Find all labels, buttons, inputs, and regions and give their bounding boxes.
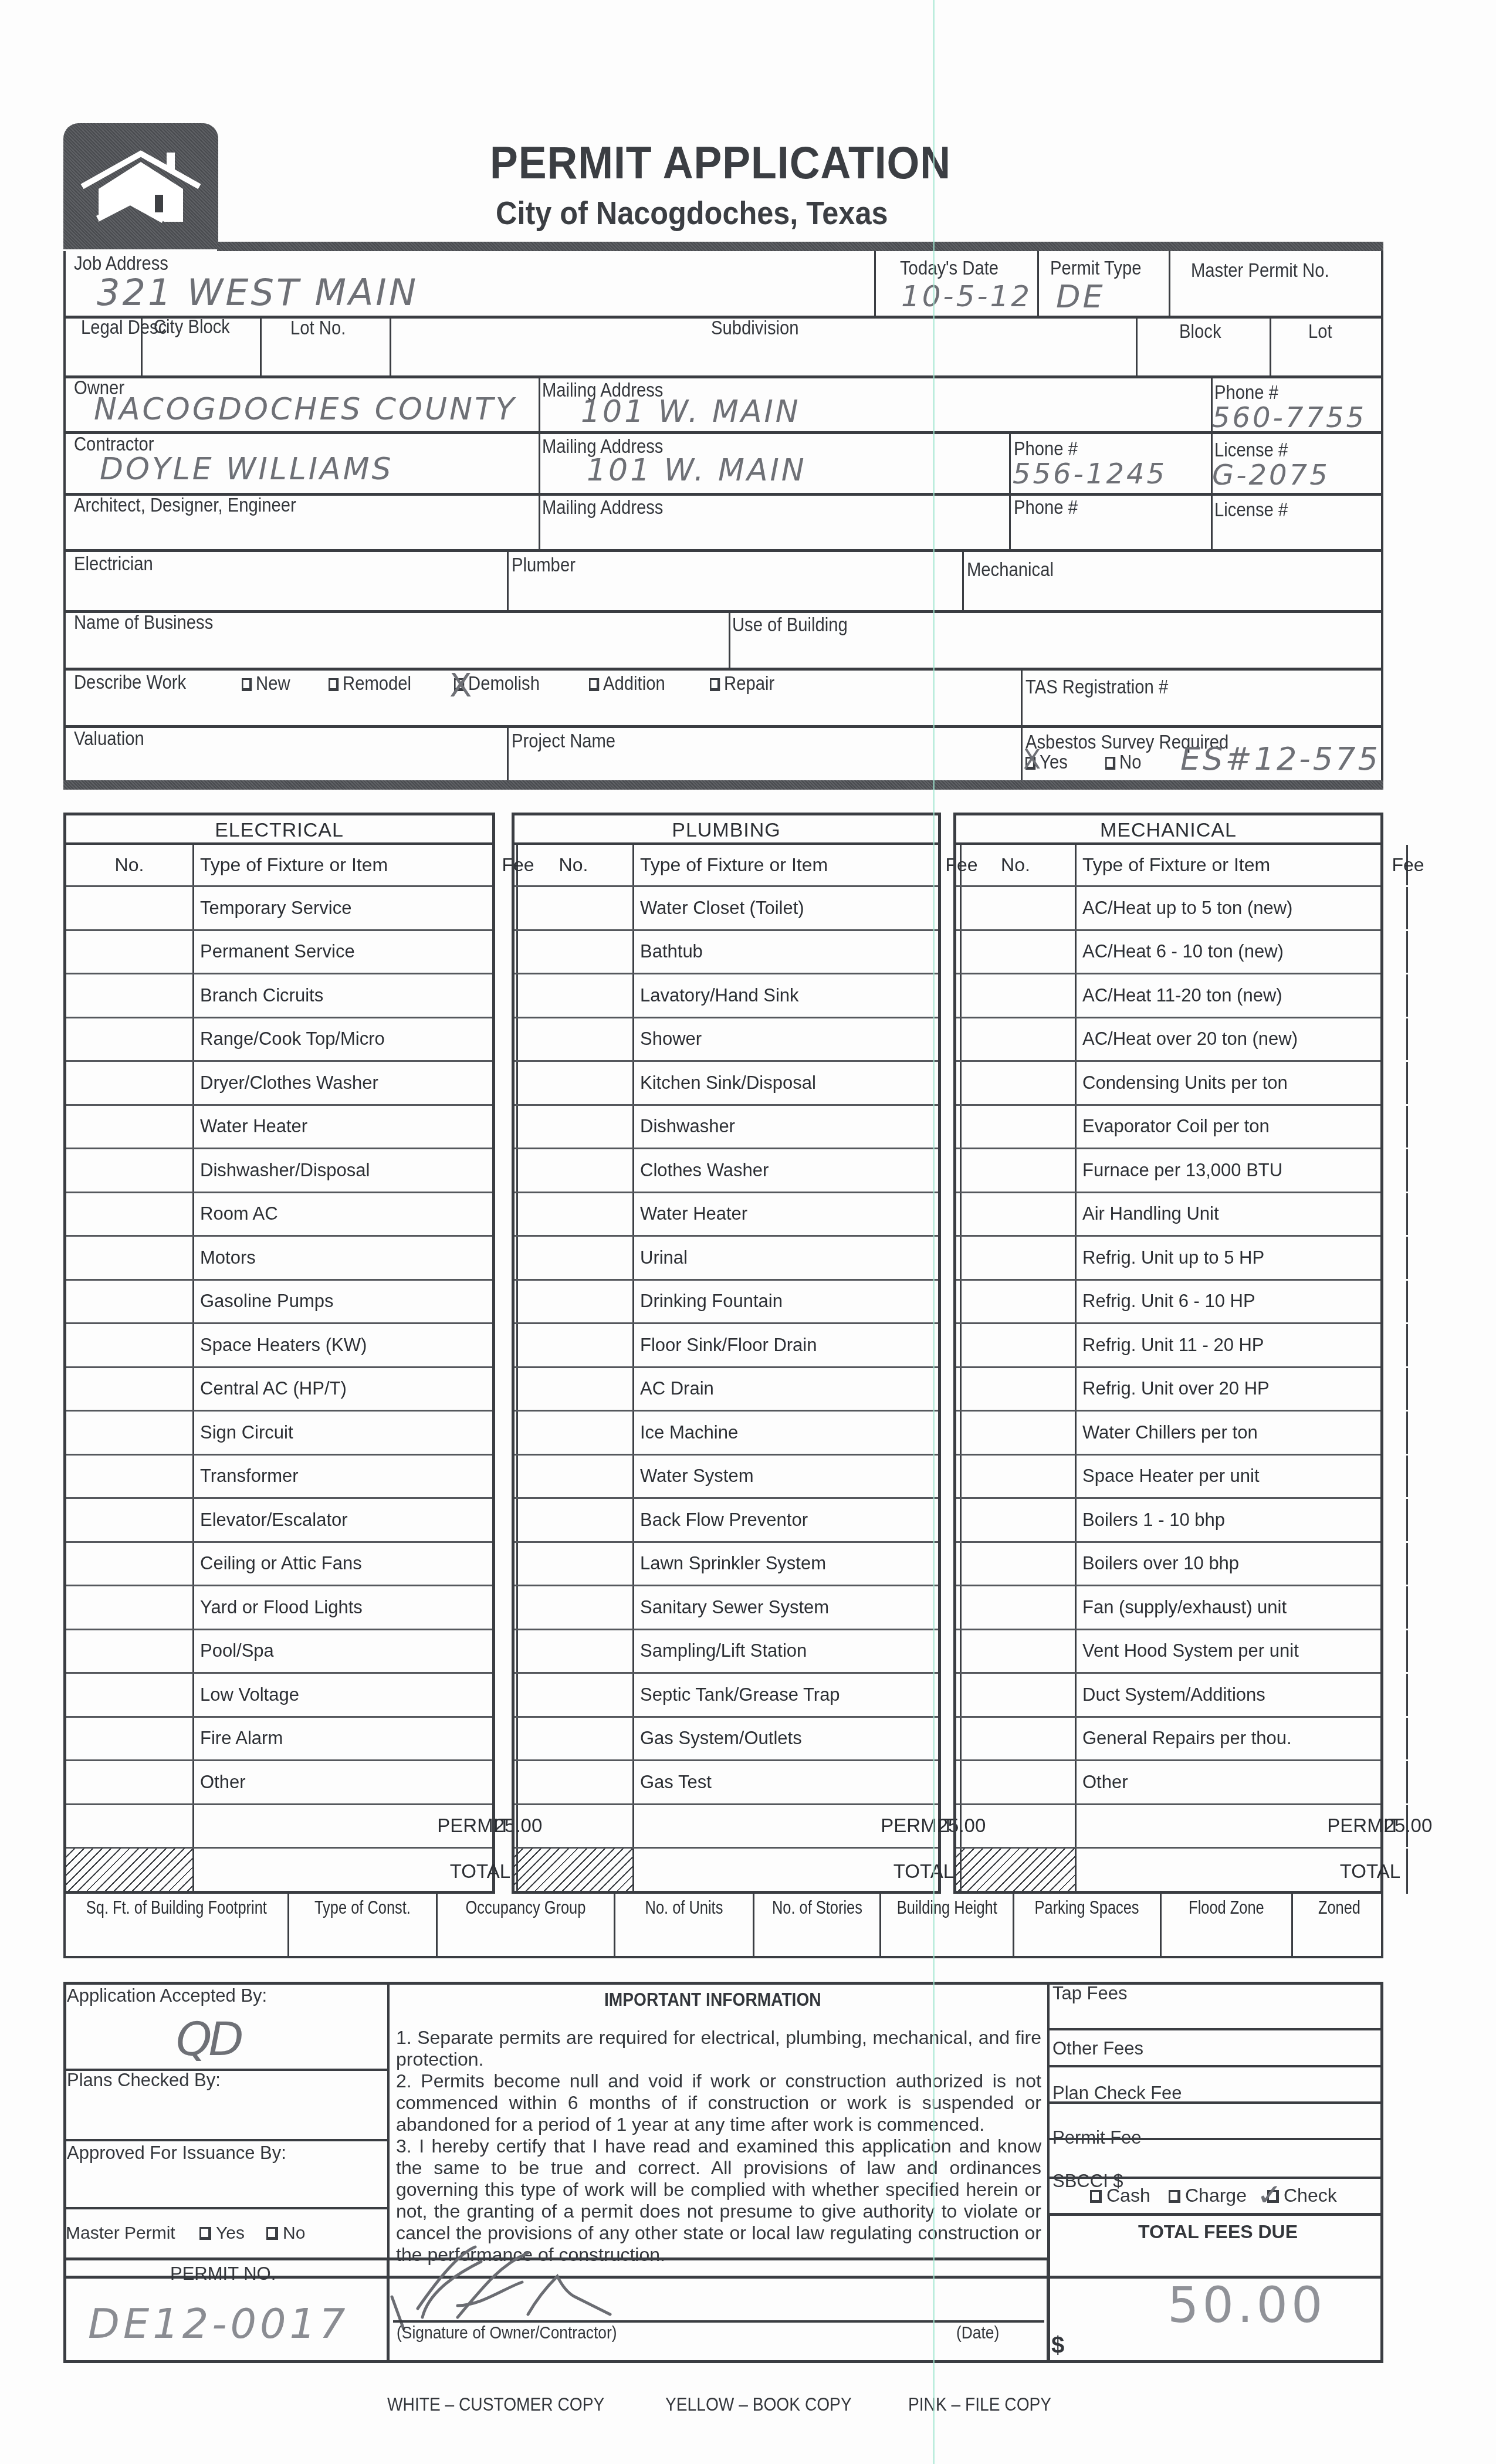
qty-cell[interactable] — [66, 1761, 194, 1803]
item-cell: Elevator/Escalator — [194, 1499, 518, 1541]
item-cell: Other — [194, 1761, 518, 1803]
table-row: Lavatory/Hand Sink — [515, 974, 938, 1018]
work-option-remodel[interactable]: Remodel — [329, 672, 411, 695]
table-row: Back Flow Preventor — [515, 1499, 938, 1543]
table-row: Shower — [515, 1018, 938, 1062]
qty-cell[interactable] — [66, 1805, 194, 1847]
table-row: General Repairs per thou. — [956, 1718, 1380, 1762]
table-row: Drinking Fountain — [515, 1281, 938, 1325]
permit-fee-row: PERMIT25.00 — [515, 1805, 938, 1849]
item-cell: Boilers 1 - 10 bhp — [1077, 1499, 1408, 1541]
item-cell: AC Drain — [634, 1368, 962, 1410]
table-row: Yard or Flood Lights — [66, 1586, 492, 1630]
qty-cell[interactable] — [66, 1106, 194, 1148]
work-demolish-mark: X — [449, 666, 472, 705]
qty-cell[interactable] — [515, 1586, 634, 1629]
owner-phone-label: Phone # — [1214, 383, 1278, 404]
item-cell: Duct System/Additions — [1077, 1674, 1408, 1716]
item-cell: Low Voltage — [194, 1674, 518, 1716]
item-cell: Lavatory/Hand Sink — [634, 974, 962, 1017]
permit-type-field[interactable]: DE — [1056, 278, 1105, 315]
building-info-zoned[interactable]: Zoned — [1293, 1893, 1386, 1956]
qty-cell[interactable] — [515, 1456, 634, 1498]
qty-cell[interactable] — [956, 1674, 1077, 1716]
qty-cell[interactable] — [66, 1849, 194, 1894]
work-remodel-checkbox[interactable] — [329, 678, 339, 691]
qty-cell: No. — [956, 845, 1077, 885]
work-option-addition[interactable]: Addition — [589, 672, 665, 695]
table-row: Fan (supply/exhaust) unit — [956, 1586, 1380, 1630]
table-row: Transformer — [66, 1456, 492, 1500]
item-cell: AC/Heat 6 - 10 ton (new) — [1077, 931, 1408, 973]
table-row: Lawn Sprinkler System — [515, 1543, 938, 1587]
block-label: Block — [1179, 321, 1221, 343]
electrical-fee-table: ELECTRICALNo.Type of Fixture or ItemFeeT… — [63, 813, 495, 1894]
signature-label: (Signature of Owner/Contractor) — [397, 2323, 617, 2343]
qty-cell[interactable] — [956, 1149, 1077, 1192]
asbestos-yes-mark: X — [1023, 745, 1041, 775]
table-row: Water Heater — [515, 1193, 938, 1237]
qty-cell[interactable] — [66, 1149, 194, 1192]
item-cell: Urinal — [634, 1237, 962, 1279]
table-row: Air Handling Unit — [956, 1193, 1380, 1237]
qty-cell: No. — [515, 845, 634, 885]
work-new-checkbox[interactable] — [242, 678, 252, 691]
master-permit-no-option[interactable]: No — [266, 2223, 305, 2243]
work-option-repair[interactable]: Repair — [710, 672, 774, 695]
qty-cell[interactable] — [515, 1412, 634, 1454]
qty-cell[interactable] — [956, 1586, 1077, 1629]
important-info-item-1: 1. Separate permits are required for ele… — [396, 2027, 1041, 2070]
item-cell: Kitchen Sink/Disposal — [634, 1062, 962, 1104]
qty-cell[interactable] — [956, 1412, 1077, 1454]
qty-cell[interactable] — [66, 1412, 194, 1454]
copy-label: PINK – FILE COPY — [908, 2394, 1051, 2415]
table-row: Temporary Service — [66, 887, 492, 931]
item-cell: Type of Fixture or Item — [194, 845, 518, 885]
table-row: Refrig. Unit over 20 HP — [956, 1368, 1380, 1412]
qty-cell[interactable] — [956, 1805, 1077, 1847]
table-row: Ice Machine — [515, 1412, 938, 1456]
item-cell: Refrig. Unit 11 - 20 HP — [1077, 1324, 1408, 1366]
qty-cell[interactable] — [66, 1674, 194, 1716]
item-cell: Water Chillers per ton — [1077, 1412, 1408, 1454]
accepted-by-label: Application Accepted By: — [67, 1985, 267, 2006]
qty-cell[interactable] — [515, 1062, 634, 1104]
scan-artifact-line — [933, 0, 935, 2464]
qty-cell[interactable] — [66, 1324, 194, 1366]
item-cell: PERMIT — [1077, 1805, 1408, 1847]
table-row: Septic Tank/Grease Trap — [515, 1674, 938, 1718]
item-cell: Boilers over 10 bhp — [1077, 1543, 1408, 1585]
city-block-label: City Block — [154, 317, 230, 338]
table-row: Refrig. Unit up to 5 HP — [956, 1237, 1380, 1281]
item-cell: Permanent Service — [194, 931, 518, 973]
house-icon — [63, 123, 218, 241]
table-row: Dishwasher — [515, 1106, 938, 1150]
table-row: Evaporator Coil per ton — [956, 1106, 1380, 1150]
item-cell: Drinking Fountain — [634, 1281, 962, 1323]
item-cell: Yard or Flood Lights — [194, 1586, 518, 1629]
contractor-license-field[interactable]: G-2075 — [1212, 459, 1330, 492]
payment-check-mark: ✓ — [1257, 2178, 1282, 2213]
payment-charge-checkbox[interactable] — [1169, 2190, 1180, 2203]
table-row: AC/Heat up to 5 ton (new) — [956, 887, 1380, 931]
qty-cell[interactable] — [515, 1718, 634, 1760]
qty-cell[interactable] — [956, 1324, 1077, 1366]
qty-cell[interactable] — [515, 931, 634, 973]
item-cell: Range/Cook Top/Micro — [194, 1018, 518, 1061]
total-fees-due-label: TOTAL FEES DUE — [1138, 2221, 1298, 2243]
item-cell: Branch Cicruits — [194, 974, 518, 1017]
permit-fee-row: PERMIT25.00 — [66, 1805, 492, 1849]
table-row: Refrig. Unit 11 - 20 HP — [956, 1324, 1380, 1368]
qty-cell: No. — [66, 845, 194, 885]
qty-cell[interactable] — [956, 1849, 1077, 1894]
qty-cell[interactable] — [956, 1106, 1077, 1148]
qty-cell[interactable] — [66, 1018, 194, 1061]
table-row: Boilers 1 - 10 bhp — [956, 1499, 1380, 1543]
asbestos-no-checkbox[interactable] — [1105, 757, 1115, 770]
accepted-by-initials: QD — [176, 2013, 240, 2066]
item-cell: Clothes Washer — [634, 1149, 962, 1192]
qty-cell[interactable] — [515, 1543, 634, 1585]
table-row: Space Heater per unit — [956, 1456, 1380, 1500]
qty-cell[interactable] — [66, 1281, 194, 1323]
item-cell: AC/Heat over 20 ton (new) — [1077, 1018, 1408, 1061]
qty-cell[interactable] — [956, 887, 1077, 929]
qty-cell[interactable] — [956, 1018, 1077, 1061]
contractor-mailing-field[interactable]: 101 W. MAIN — [587, 453, 807, 488]
item-cell: Water System — [634, 1456, 962, 1498]
important-info-title: IMPORTANT INFORMATION — [604, 1989, 821, 2011]
qty-cell[interactable] — [515, 1281, 634, 1323]
permit-fee-row: PERMIT25.00 — [956, 1805, 1380, 1849]
qty-cell[interactable] — [66, 1368, 194, 1410]
qty-cell[interactable] — [66, 1499, 194, 1541]
item-cell: Type of Fixture or Item — [634, 845, 962, 885]
table-row: Elevator/Escalator — [66, 1499, 492, 1543]
item-cell: Water Heater — [634, 1193, 962, 1236]
total-fee-row: TOTAL — [515, 1849, 938, 1894]
table-row: Gas System/Outlets — [515, 1718, 938, 1762]
qty-cell[interactable] — [515, 1805, 634, 1847]
item-cell: Room AC — [194, 1193, 518, 1236]
mechanical-label: Mechanical — [967, 560, 1054, 581]
table-row: Central AC (HP/T) — [66, 1368, 492, 1412]
item-cell: Sanitary Sewer System — [634, 1586, 962, 1629]
table-row: Gasoline Pumps — [66, 1281, 492, 1325]
qty-cell[interactable] — [956, 1281, 1077, 1323]
item-cell: Air Handling Unit — [1077, 1193, 1408, 1236]
item-cell: AC/Heat up to 5 ton (new) — [1077, 887, 1408, 929]
item-cell: Ceiling or Attic Fans — [194, 1543, 518, 1585]
qty-cell[interactable] — [956, 1718, 1077, 1760]
qty-cell[interactable] — [66, 887, 194, 929]
plumbing-table-title: PLUMBING — [515, 815, 938, 845]
qty-cell[interactable] — [515, 1674, 634, 1716]
mechanical-fee-table: MECHANICALNo.Type of Fixture or ItemFeeA… — [953, 813, 1383, 1894]
item-cell: PERMIT — [194, 1805, 518, 1847]
permit-type-label: Permit Type — [1050, 258, 1141, 279]
item-cell: Transformer — [194, 1456, 518, 1498]
item-cell: Space Heaters (KW) — [194, 1324, 518, 1366]
building-info-parking-spaces[interactable]: Parking Spaces — [1014, 1893, 1162, 1956]
tas-registration-label: TAS Registration # — [1025, 677, 1168, 698]
qty-cell[interactable] — [956, 1193, 1077, 1236]
table-row: AC/Heat 6 - 10 ton (new) — [956, 931, 1380, 975]
table-row: AC/Heat over 20 ton (new) — [956, 1018, 1380, 1062]
item-cell: Refrig. Unit 6 - 10 HP — [1077, 1281, 1408, 1323]
project-name-label: Project Name — [512, 731, 615, 752]
item-cell: Back Flow Preventor — [634, 1499, 962, 1541]
owner-phone-field[interactable]: 560-7755 — [1212, 401, 1366, 434]
building-info-sq-ft-of-building-footprint[interactable]: Sq. Ft. of Building Footprint — [66, 1893, 289, 1956]
contractor-phone-label: Phone # — [1014, 439, 1078, 460]
master-permit-yes-option[interactable]: Yes — [199, 2223, 245, 2243]
qty-cell[interactable] — [515, 1324, 634, 1366]
architect-license-label: License # — [1214, 500, 1288, 521]
table-row: Sign Circuit — [66, 1412, 492, 1456]
qty-cell[interactable] — [956, 1761, 1077, 1803]
tap-fees-label[interactable]: Tap Fees — [1052, 1983, 1128, 2004]
approved-by-label[interactable]: Approved For Issuance By: — [67, 2143, 286, 2164]
important-info-text: 1. Separate permits are required for ele… — [396, 2027, 1041, 2266]
copy-label: WHITE – CUSTOMER COPY — [387, 2394, 604, 2415]
qty-cell[interactable] — [515, 1018, 634, 1061]
qty-cell[interactable] — [515, 887, 634, 929]
item-cell: Central AC (HP/T) — [194, 1368, 518, 1410]
item-cell: Shower — [634, 1018, 962, 1061]
contractor-phone-field[interactable]: 556-1245 — [1013, 458, 1167, 490]
describe-work-label: Describe Work — [74, 672, 186, 693]
other-fees-label[interactable]: Other Fees — [1052, 2038, 1143, 2059]
work-option-new[interactable]: New — [242, 672, 290, 695]
master-yes-checkbox[interactable] — [199, 2227, 211, 2240]
table-row: Dishwasher/Disposal — [66, 1149, 492, 1193]
qty-cell[interactable] — [66, 1586, 194, 1629]
item-cell: Type of Fixture or Item — [1077, 845, 1408, 885]
qty-cell[interactable] — [515, 1237, 634, 1279]
item-cell: Temporary Service — [194, 887, 518, 929]
item-cell: Septic Tank/Grease Trap — [634, 1674, 962, 1716]
payment-cash-checkbox[interactable] — [1090, 2190, 1102, 2203]
electrician-label: Electrician — [74, 554, 153, 575]
qty-cell[interactable] — [66, 1193, 194, 1236]
item-cell: Refrig. Unit over 20 HP — [1077, 1368, 1408, 1410]
todays-date-field[interactable]: 10-5-12 — [901, 279, 1032, 313]
item-cell: General Repairs per thou. — [1077, 1718, 1408, 1760]
qty-cell[interactable] — [515, 1193, 634, 1236]
item-cell: Fan (supply/exhaust) unit — [1077, 1586, 1408, 1629]
table-header-row: No.Type of Fixture or ItemFee — [956, 845, 1380, 887]
table-row: Other — [956, 1761, 1380, 1805]
item-cell: Vent Hood System per unit — [1077, 1630, 1408, 1673]
total-fees-due-field[interactable]: 50.00 — [1167, 2276, 1326, 2334]
page-subtitle: City of Nacogdoches, Texas — [496, 194, 888, 232]
table-row: Water Heater — [66, 1106, 492, 1150]
building-info-no-of-units[interactable]: No. of Units — [615, 1893, 754, 1956]
item-cell: Floor Sink/Floor Drain — [634, 1324, 962, 1366]
item-cell: Gas Test — [634, 1761, 962, 1803]
building-info-occupancy-group[interactable]: Occupancy Group — [438, 1893, 615, 1956]
table-row: Space Heaters (KW) — [66, 1324, 492, 1368]
payment-option-cash[interactable]: Cash — [1090, 2185, 1150, 2206]
total-fee-row: TOTAL — [956, 1849, 1380, 1894]
qty-cell[interactable] — [66, 1456, 194, 1498]
table-row: Range/Cook Top/Micro — [66, 1018, 492, 1062]
qty-cell[interactable] — [66, 931, 194, 973]
item-cell: Condensing Units per ton — [1077, 1062, 1408, 1104]
item-cell: Space Heater per unit — [1077, 1456, 1408, 1498]
table-row: Boilers over 10 bhp — [956, 1543, 1380, 1587]
architect-phone-label: Phone # — [1014, 497, 1078, 519]
table-header-row: No.Type of Fixture or ItemFee — [66, 845, 492, 887]
job-address-field[interactable]: 321 WEST MAIN — [97, 271, 418, 314]
qty-cell[interactable] — [66, 1543, 194, 1585]
item-cell: Ice Machine — [634, 1412, 962, 1454]
item-cell: Furnace per 13,000 BTU — [1077, 1149, 1408, 1192]
item-cell: Gas System/Outlets — [634, 1718, 962, 1760]
qty-cell[interactable] — [956, 1630, 1077, 1673]
item-cell: Gasoline Pumps — [194, 1281, 518, 1323]
logo-badge — [63, 123, 218, 249]
header-band — [217, 242, 1383, 251]
architect-label: Architect, Designer, Engineer — [74, 495, 296, 516]
table-header-row: No.Type of Fixture or ItemFee — [515, 845, 938, 887]
item-cell: TOTAL — [194, 1849, 518, 1894]
currency-symbol: $ — [1051, 2333, 1064, 2359]
building-info-strip: Sq. Ft. of Building FootprintType of Con… — [63, 1893, 1383, 1958]
table-row: Refrig. Unit 6 - 10 HP — [956, 1281, 1380, 1325]
qty-cell[interactable] — [956, 974, 1077, 1017]
important-info-item-2: 2. Permits become null and void if work … — [396, 2070, 1041, 2135]
item-cell: AC/Heat 11-20 ton (new) — [1077, 974, 1408, 1017]
building-info-no-of-stories[interactable]: No. of Stories — [754, 1893, 881, 1956]
qty-cell[interactable] — [515, 1849, 634, 1894]
table-row: Water Chillers per ton — [956, 1412, 1380, 1456]
table-row: Gas Test — [515, 1761, 938, 1805]
owner-field[interactable]: NACOGDOCHES COUNTY — [94, 392, 517, 427]
item-cell: Lawn Sprinkler System — [634, 1543, 962, 1585]
building-info-type-of-const[interactable]: Type of Const. — [289, 1893, 438, 1956]
qty-cell[interactable] — [956, 931, 1077, 973]
table-row: Pool/Spa — [66, 1630, 492, 1674]
table-row: Clothes Washer — [515, 1149, 938, 1193]
table-row: AC/Heat 11-20 ton (new) — [956, 974, 1380, 1018]
master-permit-label: Master Permit No. — [1191, 260, 1329, 282]
table-row: Duct System/Additions — [956, 1674, 1380, 1718]
use-of-building-label: Use of Building — [732, 615, 848, 636]
table-row: Furnace per 13,000 BTU — [956, 1149, 1380, 1193]
valuation-label: Valuation — [74, 729, 144, 750]
qty-cell[interactable] — [515, 1368, 634, 1410]
contractor-field[interactable]: DOYLE WILLIAMS — [100, 452, 394, 487]
total-fee-row: TOTAL — [66, 1849, 492, 1894]
table-row: Low Voltage — [66, 1674, 492, 1718]
mechanical-table-title: MECHANICAL — [956, 815, 1380, 845]
electrical-table-title: ELECTRICAL — [66, 815, 492, 845]
permit-no-label: PERMIT NO. — [170, 2263, 276, 2284]
item-cell: Evaporator Coil per ton — [1077, 1106, 1408, 1148]
master-permit-label: Master Permit — [66, 2223, 175, 2243]
qty-cell[interactable] — [515, 1149, 634, 1192]
qty-cell[interactable] — [66, 1237, 194, 1279]
item-cell: Fire Alarm — [194, 1718, 518, 1760]
todays-date-label: Today's Date — [900, 258, 999, 279]
work-repair-checkbox[interactable] — [710, 678, 720, 691]
table-row: Condensing Units per ton — [956, 1062, 1380, 1106]
copy-label: YELLOW – BOOK COPY — [665, 2394, 852, 2415]
qty-cell[interactable] — [515, 1499, 634, 1541]
item-cell: Water Heater — [194, 1106, 518, 1148]
table-row: Urinal — [515, 1237, 938, 1281]
qty-cell[interactable] — [66, 1062, 194, 1104]
item-cell: Dishwasher — [634, 1106, 962, 1148]
asbestos-no-option[interactable]: No — [1105, 751, 1141, 774]
master-no-checkbox[interactable] — [266, 2227, 278, 2240]
item-cell: TOTAL — [1077, 1849, 1408, 1894]
item-cell: Sampling/Lift Station — [634, 1630, 962, 1673]
architect-mailing-label: Mailing Address — [542, 497, 663, 519]
plan-check-fee-label[interactable]: Plan Check Fee — [1052, 2083, 1182, 2104]
item-cell: Pool/Spa — [194, 1630, 518, 1673]
table-row: Fire Alarm — [66, 1718, 492, 1762]
building-info-flood-zone[interactable]: Flood Zone — [1162, 1893, 1293, 1956]
qty-cell[interactable] — [66, 1718, 194, 1760]
table-row: Sanitary Sewer System — [515, 1586, 938, 1630]
table-row: Bathtub — [515, 931, 938, 975]
qty-cell[interactable] — [956, 1543, 1077, 1585]
plans-checked-label[interactable]: Plans Checked By: — [67, 2070, 221, 2091]
qty-cell[interactable] — [956, 1237, 1077, 1279]
qty-cell[interactable] — [956, 1456, 1077, 1498]
qty-cell[interactable] — [956, 1062, 1077, 1104]
plumbing-fee-table: PLUMBINGNo.Type of Fixture or ItemFeeWat… — [512, 813, 941, 1894]
qty-cell[interactable] — [66, 974, 194, 1017]
table-row: Dryer/Clothes Washer — [66, 1062, 492, 1106]
qty-cell[interactable] — [515, 1630, 634, 1673]
lot-label: Lot — [1308, 321, 1332, 343]
top-form-bottom-band — [63, 780, 1383, 790]
item-cell: Other — [1077, 1761, 1408, 1803]
qty-cell[interactable] — [515, 1106, 634, 1148]
item-cell: Water Closet (Toilet) — [634, 887, 962, 929]
work-addition-checkbox[interactable] — [589, 678, 599, 691]
item-cell: Refrig. Unit up to 5 HP — [1077, 1237, 1408, 1279]
table-row: Room AC — [66, 1193, 492, 1237]
payment-option-charge[interactable]: Charge — [1169, 2185, 1247, 2206]
qty-cell[interactable] — [515, 1761, 634, 1803]
qty-cell[interactable] — [66, 1630, 194, 1673]
qty-cell[interactable] — [956, 1499, 1077, 1541]
qty-cell[interactable] — [515, 974, 634, 1017]
table-row: Branch Cicruits — [66, 974, 492, 1018]
item-cell: PERMIT — [634, 1805, 962, 1847]
table-row: Other — [66, 1761, 492, 1805]
building-info-building-height[interactable]: Building Height — [881, 1893, 1014, 1956]
page-title: PERMIT APPLICATION — [490, 136, 951, 189]
contractor-license-label: License # — [1214, 440, 1288, 461]
item-cell: Dishwasher/Disposal — [194, 1149, 518, 1192]
item-cell: Bathtub — [634, 931, 962, 973]
qty-cell[interactable] — [956, 1368, 1077, 1410]
permit-no-field[interactable]: DE12-0017 — [88, 2300, 349, 2348]
business-name-label: Name of Business — [74, 612, 213, 634]
table-row: Motors — [66, 1237, 492, 1281]
table-row: Water Closet (Toilet) — [515, 887, 938, 931]
owner-mailing-field[interactable]: 101 W. MAIN — [581, 394, 801, 429]
